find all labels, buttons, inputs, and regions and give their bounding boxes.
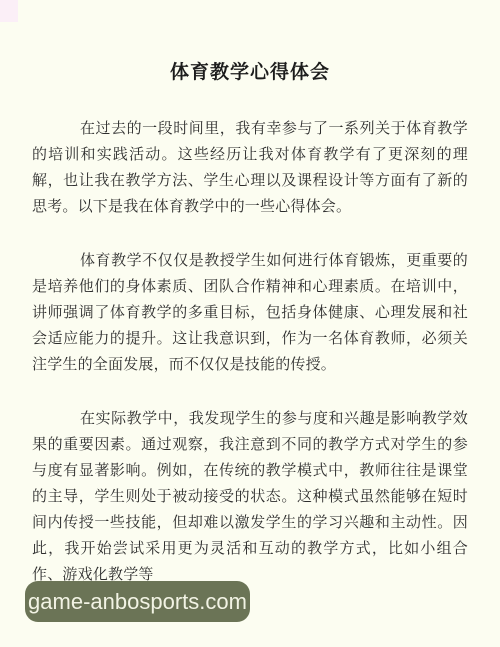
paragraph-intro: 在过去的一段时间里，我有幸参与了一系列关于体育教学的培训和实践活动。这些经历让我…: [32, 116, 468, 220]
paragraph-teaching-goals: 体育教学不仅仅是教授学生如何进行体育锻炼，更重要的是培养他们的身体素质、团队合作…: [32, 248, 468, 378]
corner-artifact: [0, 0, 18, 22]
document-page: 体育教学心得体会 在过去的一段时间里，我有幸参与了一系列关于体育教学的培训和实践…: [0, 0, 500, 647]
paragraph-student-engagement: 在实际教学中，我发现学生的参与度和兴趣是影响教学效果的重要因素。通过观察，我注意…: [32, 406, 468, 588]
document-body: 体育教学心得体会 在过去的一段时间里，我有幸参与了一系列关于体育教学的培训和实践…: [0, 0, 500, 588]
watermark-badge: game-anbosports.com: [25, 581, 250, 622]
document-title: 体育教学心得体会: [32, 60, 468, 86]
